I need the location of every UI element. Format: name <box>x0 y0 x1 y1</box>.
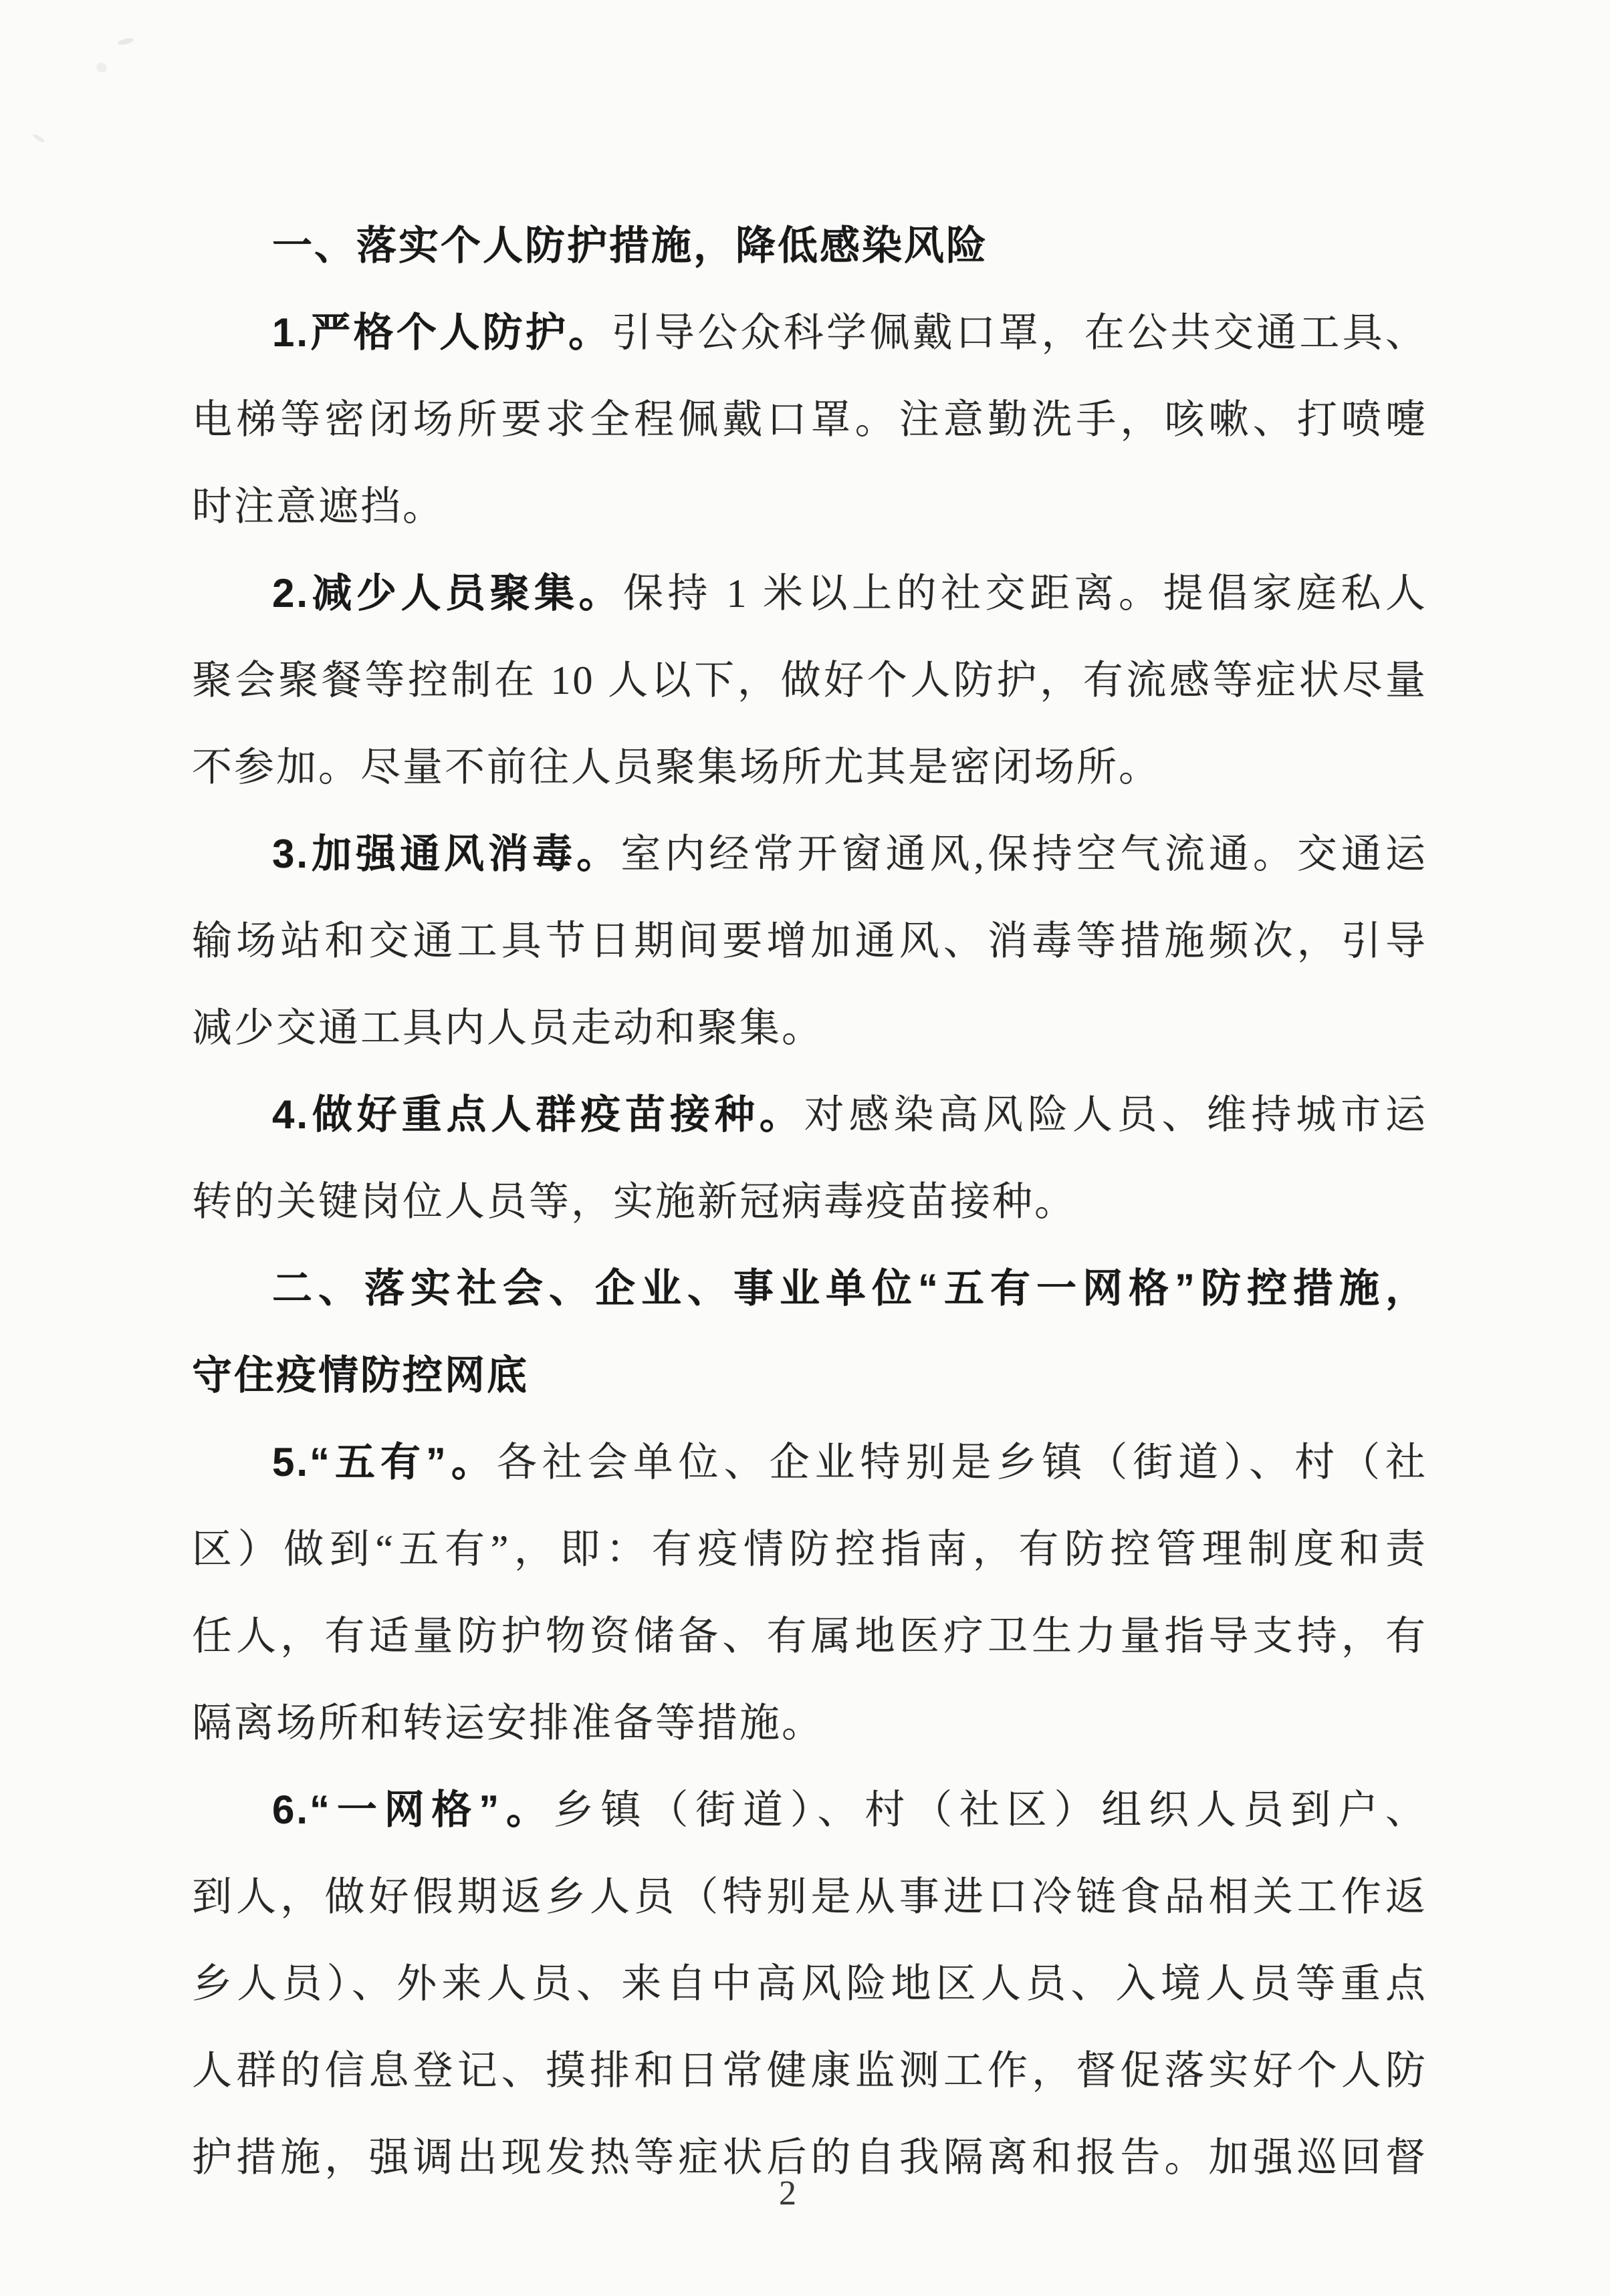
item-lead-text: 6.“一网格”。 <box>272 1787 554 1832</box>
body-text: 输场站和交通工具节日期间要增加通风、消毒等措施频次，引导 <box>192 919 1427 963</box>
body-text: 对感染高风险人员、维持城市运 <box>804 1093 1427 1137</box>
body-text: 时注意遮挡。 <box>192 485 445 529</box>
para-6-line-3: 乡人员）、外来人员、来自中高风险地区人员、入境人员等重点 <box>192 1940 1427 2027</box>
para-1-line-1: 1.严格个人防护。引导公众科学佩戴口罩，在公共交通工具、 <box>192 289 1427 376</box>
body-text: 不参加。尽量不前往人员聚集场所尤其是密闭场所。 <box>192 745 1161 789</box>
body-text: 转的关键岗位人员等，实施新冠病毒疫苗接种。 <box>192 1180 1076 1224</box>
para-3-line-1: 3.加强通风消毒。室内经常开窗通风,保持空气流通。交通运 <box>192 811 1427 898</box>
body-text: 一、落实个人防护措施，降低感染风险 <box>272 223 988 268</box>
para-4-line-1: 4.做好重点人群疫苗接种。对感染高风险人员、维持城市运 <box>192 1071 1427 1158</box>
para-2-line-3: 不参加。尽量不前往人员聚集场所尤其是密闭场所。 <box>192 724 1427 811</box>
para-3-line-3: 减少交通工具内人员走动和聚集。 <box>192 985 1427 1071</box>
body-text: 守住疫情防控网底 <box>192 1353 529 1398</box>
body-text: 室内经常开窗通风,保持空气流通。交通运 <box>620 832 1427 876</box>
para-5-line-4: 隔离场所和转运安排准备等措施。 <box>192 1680 1427 1767</box>
para-6-line-2: 到人，做好假期返乡人员（特别是从事进口冷链食品相关工作返 <box>192 1854 1427 1940</box>
body-text: 二、落实社会、企业、事业单位“五有一网格”防控措施， <box>272 1266 1427 1311</box>
body-text: 隔离场所和转运安排准备等措施。 <box>192 1701 824 1745</box>
para-6-line-1: 6.“一网格”。乡镇（街道）、村（社区）组织人员到户、 <box>192 1767 1427 1854</box>
item-lead-text: 2.减少人员聚集。 <box>272 571 623 616</box>
body-text: 乡人员）、外来人员、来自中高风险地区人员、入境人员等重点 <box>192 1962 1427 2006</box>
section-2-heading-line-1: 二、落实社会、企业、事业单位“五有一网格”防控措施， <box>192 1245 1427 1332</box>
item-lead-text: 1.严格个人防护。 <box>272 310 612 355</box>
para-1-line-3: 时注意遮挡。 <box>192 463 1427 550</box>
body-text: 各社会单位、企业特别是乡镇（街道）、村（社 <box>497 1440 1427 1485</box>
para-3-line-2: 输场站和交通工具节日期间要增加通风、消毒等措施频次，引导 <box>192 898 1427 985</box>
scanned-document-page: 一、落实个人防护措施，降低感染风险1.严格个人防护。引导公众科学佩戴口罩，在公共… <box>0 0 1610 2296</box>
body-text: 任人，有适量防护物资储备、有属地医疗卫生力量指导支持，有 <box>192 1614 1427 1658</box>
section-1-heading: 一、落实个人防护措施，降低感染风险 <box>192 203 1427 289</box>
body-text: 到人，做好假期返乡人员（特别是从事进口冷链食品相关工作返 <box>192 1875 1427 1919</box>
body-text: 乡镇（街道）、村（社区）组织人员到户、 <box>554 1788 1427 1832</box>
scan-artifact <box>117 37 134 46</box>
para-5-line-3: 任人，有适量防护物资储备、有属地医疗卫生力量指导支持，有 <box>192 1593 1427 1680</box>
para-6-line-4: 人群的信息登记、摸排和日常健康监测工作，督促落实好个人防 <box>192 2027 1427 2114</box>
para-2-line-1: 2.减少人员聚集。保持 1 米以上的社交距离。提倡家庭私人 <box>192 550 1427 637</box>
item-lead-text: 4.做好重点人群疫苗接种。 <box>272 1092 804 1137</box>
body-text: 保持 1 米以上的社交距离。提倡家庭私人 <box>623 571 1427 616</box>
body-text: 减少交通工具内人员走动和聚集。 <box>192 1006 824 1050</box>
item-lead-text: 5.“五有”。 <box>272 1440 497 1485</box>
item-lead-text: 3.加强通风消毒。 <box>272 832 620 876</box>
body-text: 聚会聚餐等控制在 10 人以下，做好个人防护，有流感等症状尽量 <box>192 658 1427 703</box>
para-5-line-2: 区）做到“五有”，即：有疫情防控指南，有防控管理制度和责 <box>192 1506 1427 1593</box>
para-5-line-1: 5.“五有”。各社会单位、企业特别是乡镇（街道）、村（社 <box>192 1419 1427 1506</box>
body-text: 引导公众科学佩戴口罩，在公共交通工具、 <box>612 311 1428 355</box>
scan-artifact <box>32 133 45 144</box>
body-text: 电梯等密闭场所要求全程佩戴口罩。注意勤洗手，咳嗽、打喷嚏 <box>192 398 1427 442</box>
body-text: 区）做到“五有”，即：有疫情防控指南，有防控管理制度和责 <box>192 1527 1427 1571</box>
para-2-line-2: 聚会聚餐等控制在 10 人以下，做好个人防护，有流感等症状尽量 <box>192 637 1427 724</box>
para-1-line-2: 电梯等密闭场所要求全程佩戴口罩。注意勤洗手，咳嗽、打喷嚏 <box>192 376 1427 463</box>
scan-artifact <box>95 61 108 74</box>
body-text: 人群的信息登记、摸排和日常健康监测工作，督促落实好个人防 <box>192 2049 1427 2093</box>
page-number: 2 <box>0 2174 1575 2213</box>
para-4-line-2: 转的关键岗位人员等，实施新冠病毒疫苗接种。 <box>192 1158 1427 1245</box>
section-2-heading-line-2: 守住疫情防控网底 <box>192 1332 1427 1419</box>
document-body: 一、落实个人防护措施，降低感染风险1.严格个人防护。引导公众科学佩戴口罩，在公共… <box>192 203 1427 2201</box>
